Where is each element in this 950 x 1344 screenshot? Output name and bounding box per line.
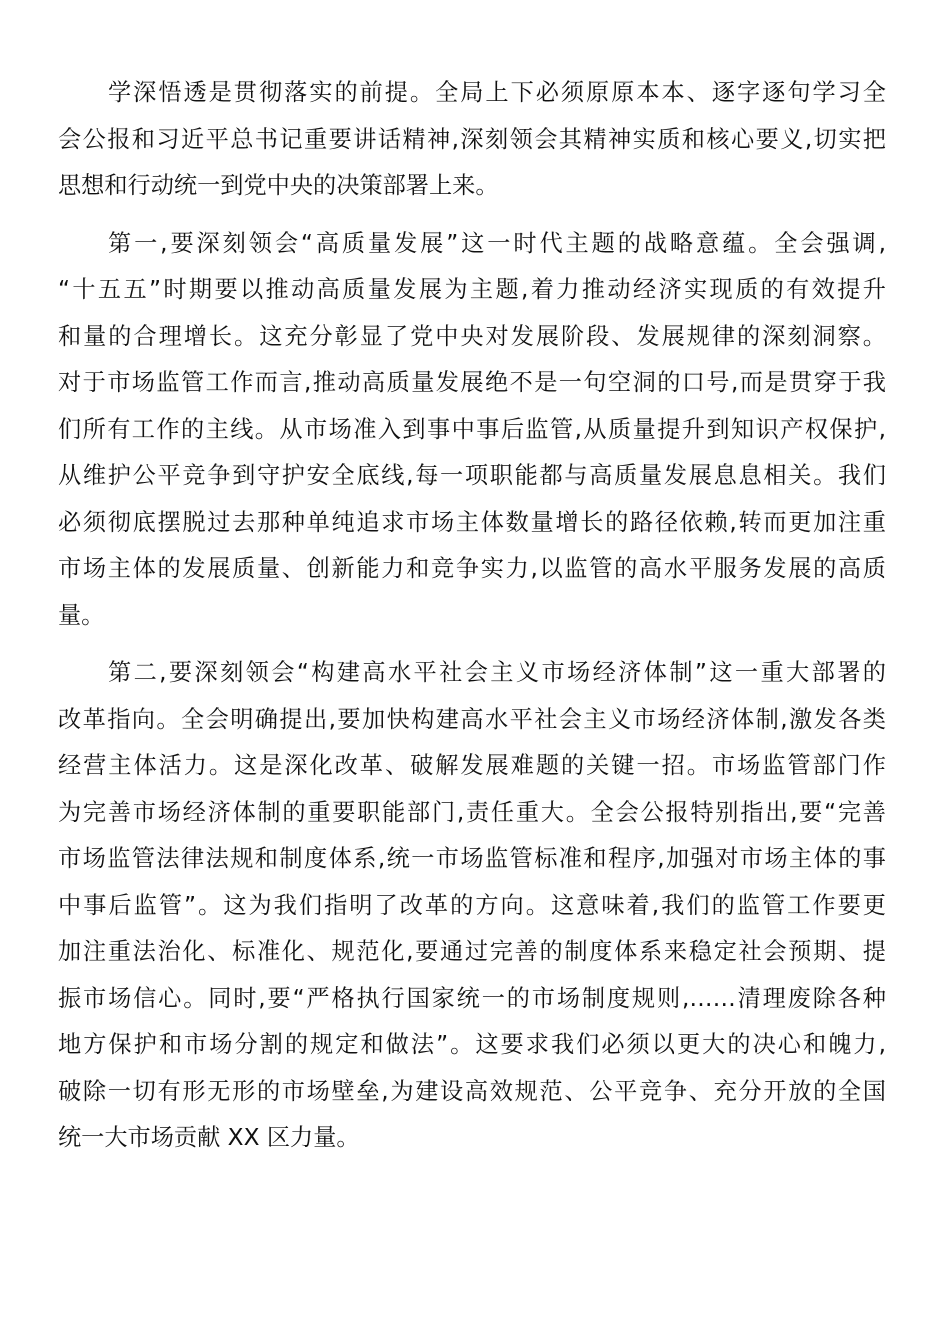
paragraph-second-point: 第二,要深刻领会“构建高水平社会主义市场经济体制”这一重大部署的 改革指向。全会…	[58, 650, 886, 1162]
text-line: 统一大市场贡献 XX 区力量。	[58, 1115, 886, 1162]
text-line: 们所有工作的主线。从市场准入到事中事后监管,从质量提升到知识产权保护,	[58, 407, 886, 454]
text-line: 和量的合理增长。这充分彰显了党中央对发展阶段、发展规律的深刻洞察。	[58, 314, 886, 361]
text-line: 会公报和习近平总书记重要讲话精神,深刻领会其精神实质和核心要义,切实把	[58, 117, 886, 164]
text-line: 中事后监管”。这为我们指明了改革的方向。这意味着,我们的监管工作要更	[58, 883, 886, 930]
text-line: 地方保护和市场分割的规定和做法”。这要求我们必须以更大的决心和魄力,	[58, 1022, 886, 1069]
text-line: 加注重法治化、标准化、规范化,要通过完善的制度体系来稳定社会预期、提	[58, 929, 886, 976]
text-line: 第二,要深刻领会“构建高水平社会主义市场经济体制”这一重大部署的	[58, 650, 886, 697]
text-line: 破除一切有形无形的市场壁垒,为建设高效规范、公平竞争、充分开放的全国	[58, 1069, 886, 1116]
text-line: 必须彻底摆脱过去那种单纯追求市场主体数量增长的路径依赖,转而更加注重	[58, 500, 886, 547]
text-line: “十五五”时期要以推动高质量发展为主题,着力推动经济实现质的有效提升	[58, 267, 886, 314]
text-line: 改革指向。全会明确提出,要加快构建高水平社会主义市场经济体制,激发各类	[58, 697, 886, 744]
text-line: 量。	[58, 593, 886, 640]
text-line: 振市场信心。同时,要“严格执行国家统一的市场制度规则,……清理废除各种	[58, 976, 886, 1023]
text-line: 思想和行动统一到党中央的决策部署上来。	[58, 163, 886, 210]
paragraph-intro: 学深悟透是贯彻落实的前提。全局上下必须原原本本、逐字逐句学习全 会公报和习近平总…	[58, 70, 886, 210]
document-page: 学深悟透是贯彻落实的前提。全局上下必须原原本本、逐字逐句学习全 会公报和习近平总…	[58, 70, 886, 1173]
text-line: 为完善市场经济体制的重要职能部门,责任重大。全会公报特别指出,要“完善	[58, 790, 886, 837]
text-line: 从维护公平竞争到守护安全底线,每一项职能都与高质量发展息息相关。我们	[58, 453, 886, 500]
text-line: 市场主体的发展质量、创新能力和竞争实力,以监管的高水平服务发展的高质	[58, 546, 886, 593]
text-line: 市场监管法律法规和制度体系,统一市场监管标准和程序,加强对市场主体的事	[58, 836, 886, 883]
paragraph-first-point: 第一,要深刻领会“高质量发展”这一时代主题的战略意蕴。全会强调, “十五五”时期…	[58, 221, 886, 640]
text-line: 学深悟透是贯彻落实的前提。全局上下必须原原本本、逐字逐句学习全	[58, 70, 886, 117]
text-line: 对于市场监管工作而言,推动高质量发展绝不是一句空洞的口号,而是贯穿于我	[58, 360, 886, 407]
text-line: 第一,要深刻领会“高质量发展”这一时代主题的战略意蕴。全会强调,	[58, 221, 886, 268]
text-line: 经营主体活力。这是深化改革、破解发展难题的关键一招。市场监管部门作	[58, 743, 886, 790]
